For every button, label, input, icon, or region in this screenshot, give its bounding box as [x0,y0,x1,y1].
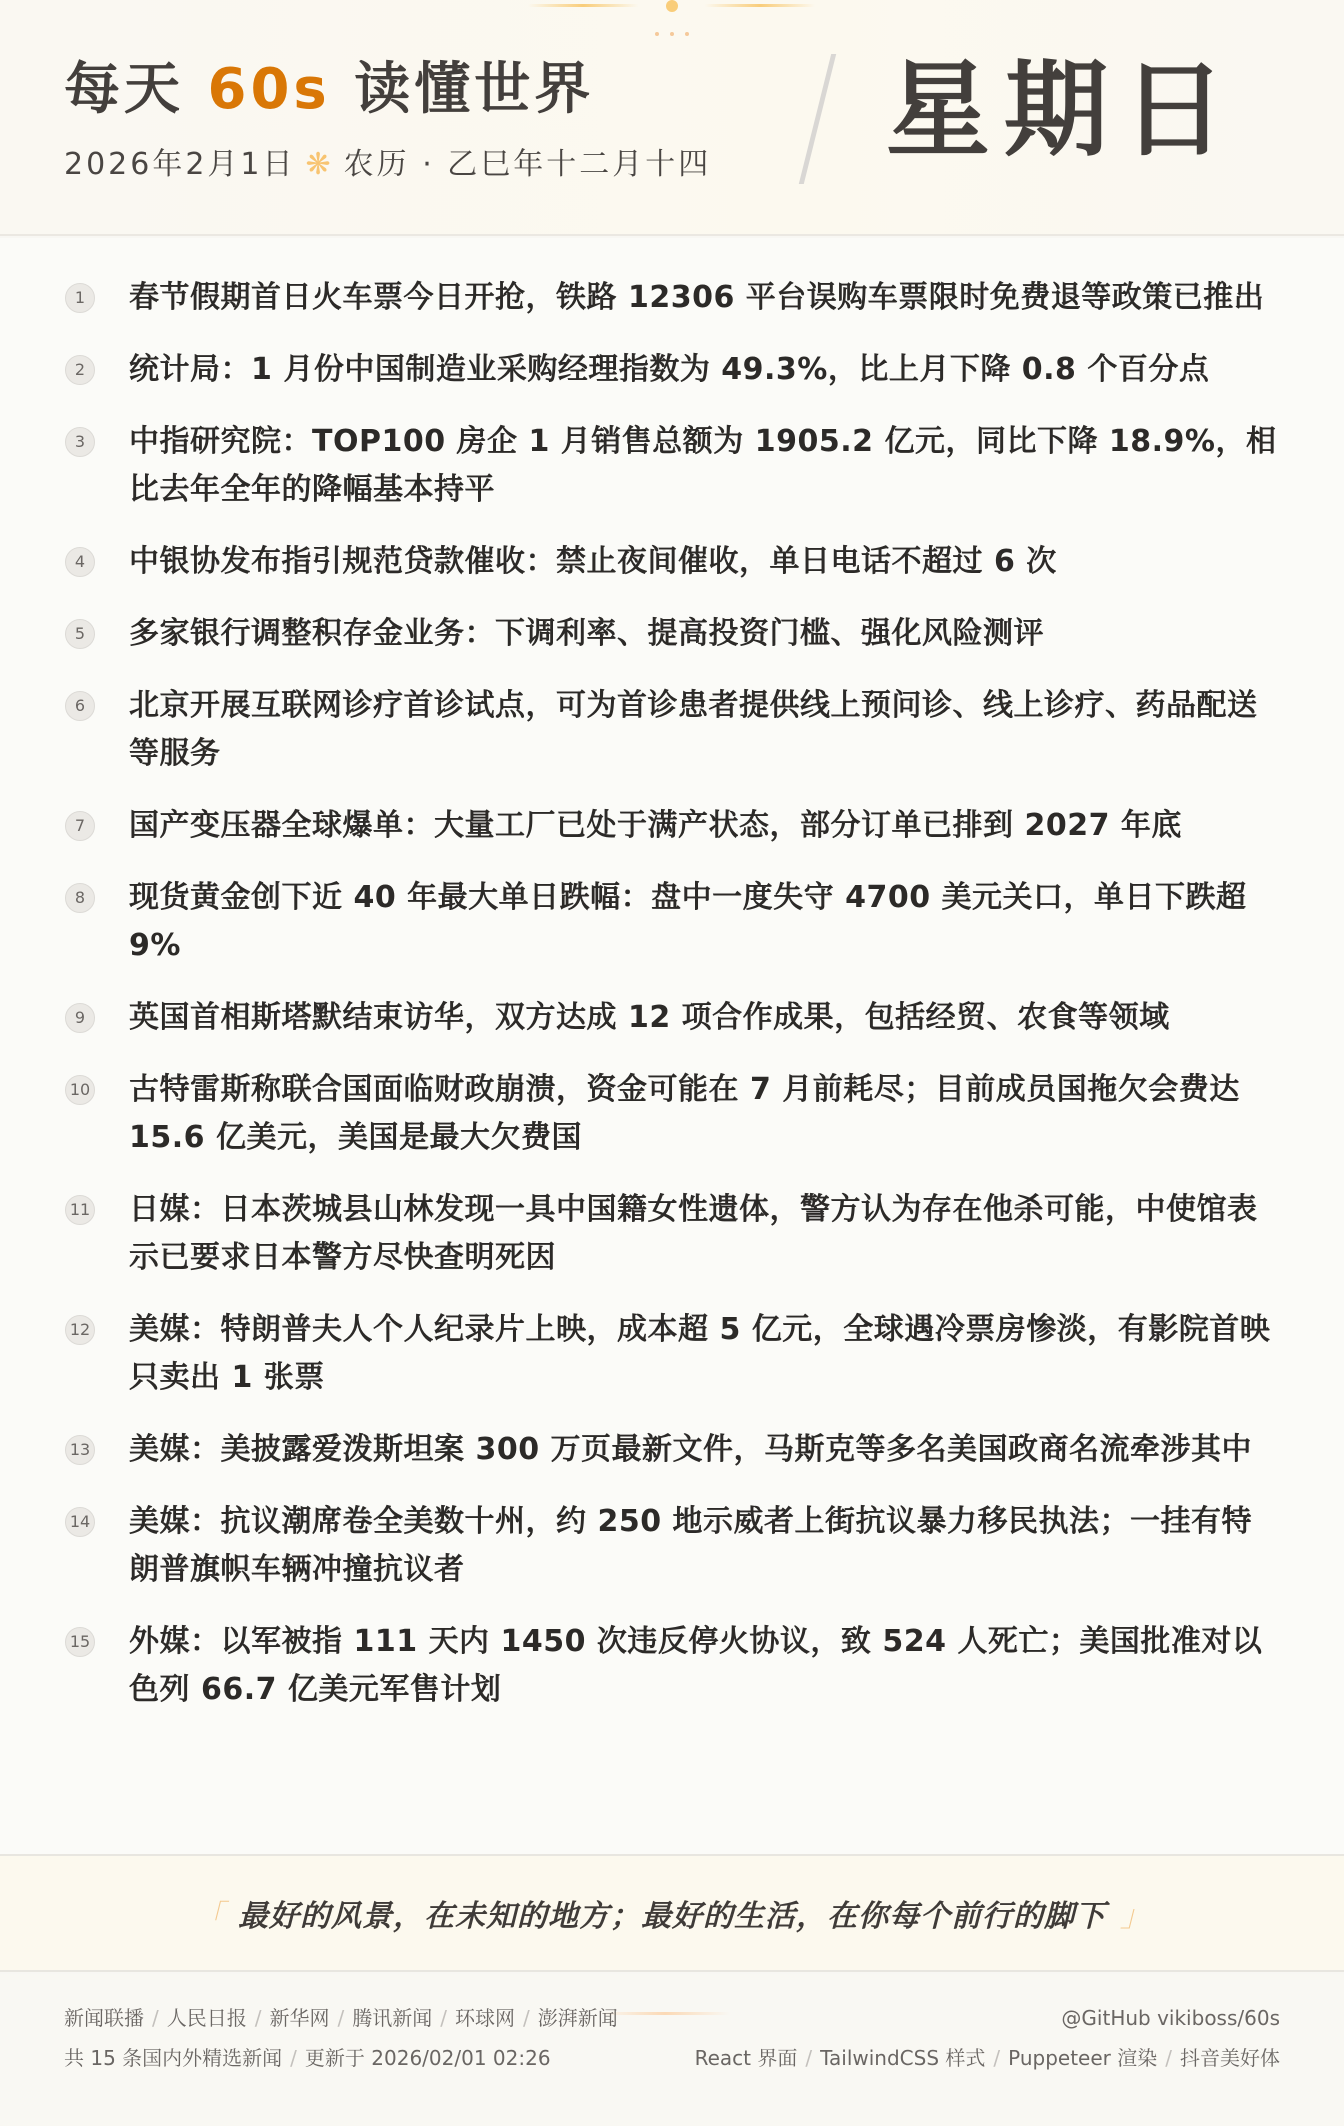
separator: / [338,2006,345,2030]
number-badge: 1 [65,283,95,313]
number-badge: 3 [65,427,95,457]
news-text: 多家银行调整积存金业务：下调利率、提高投资门槛、强化风险测评 [129,610,1279,658]
news-text: 北京开展互联网诊疗首诊试点，可为首诊患者提供线上预问诊、线上诊疗、药品配送等服务 [129,682,1279,778]
news-item: 2统计局：1 月份中国制造业采购经理指数为 49.3%，比上月下降 0.8 个百… [0,346,1344,394]
source-name: 人民日报 [167,2006,247,2030]
number-badge: 6 [65,691,95,721]
separator: / [993,2046,1000,2070]
number-badge: 14 [65,1507,95,1537]
news-text: 现货黄金创下近 40 年最大单日跌幅：盘中一度失守 4700 美元关口，单日下跌… [129,874,1279,970]
news-item: 3中指研究院：TOP100 房企 1 月销售总额为 1905.2 亿元，同比下降… [0,418,1344,514]
source-name: 新闻联播 [64,2006,144,2030]
news-text: 美媒：美披露爱泼斯坦案 300 万页最新文件，马斯克等多名美国政商名流牵涉其中 [129,1426,1279,1474]
separator: / [255,2006,262,2030]
decorative-sun-icon [666,0,678,12]
news-item: 11日媒：日本茨城县山林发现一具中国籍女性遗体，警方认为存在他杀可能，中使馆表示… [0,1186,1344,1282]
footer: 新闻联播/人民日报/新华网/腾讯新闻/环球网/澎湃新闻 共 15 条国内外精选新… [0,1974,1344,2126]
slash-divider [799,54,836,184]
news-item: 4中银协发布指引规范贷款催收：禁止夜间催收，单日电话不超过 6 次 [0,538,1344,586]
date: 2026年2月1日 [64,147,296,182]
quote-text: 最好的风景，在未知的地方；最好的生活，在你每个前行的脚下 [238,1891,1106,1935]
number-badge: 5 [65,619,95,649]
news-item: 7国产变压器全球爆单：大量工厂已处于满产状态，部分订单已排到 2027 年底 [0,802,1344,850]
separator: / [805,2046,812,2070]
decorative-dots [655,32,689,36]
news-item: 6北京开展互联网诊疗首诊试点，可为首诊患者提供线上预问诊、线上诊疗、药品配送等服… [0,682,1344,778]
news-count: 共 15 条国内外精选新闻 [64,2046,282,2070]
news-item: 8现货黄金创下近 40 年最大单日跌幅：盘中一度失守 4700 美元关口，单日下… [0,874,1344,970]
news-sources: 新闻联播/人民日报/新华网/腾讯新闻/环球网/澎湃新闻 [64,2004,618,2032]
tech-item: TailwindCSS 样式 [820,2046,985,2070]
news-text: 春节假期首日火车票今日开抢，铁路 12306 平台误购车票限时免费退等政策已推出 [129,274,1279,322]
news-item: 15外媒：以军被指 111 天内 1450 次违反停火协议，致 524 人死亡；… [0,1618,1344,1714]
news-text: 英国首相斯塔默结束访华，双方达成 12 项合作成果，包括经贸、农食等领域 [129,994,1279,1042]
decorative-line-left [528,4,638,7]
number-badge: 8 [65,883,95,913]
news-item: 13美媒：美披露爱泼斯坦案 300 万页最新文件，马斯克等多名美国政商名流牵涉其… [0,1426,1344,1474]
source-name: 环球网 [455,2006,515,2030]
page-title: 每天 60s 读懂世界 [64,52,594,128]
tech-item: React 界面 [695,2046,798,2070]
title-suffix: 读懂世界 [354,57,594,122]
separator: / [523,2006,530,2030]
quote-close-mark: 」 [1120,1891,1150,1935]
number-badge: 13 [65,1435,95,1465]
title-prefix: 每天 [64,57,184,122]
number-badge: 11 [65,1195,95,1225]
news-item: 5多家银行调整积存金业务：下调利率、提高投资门槛、强化风险测评 [0,610,1344,658]
separator: / [152,2006,159,2030]
header: 每天 60s 读懂世界 2026年2月1日❋农历 · 乙巳年十二月十四 星期日 [0,0,1344,236]
news-text: 美媒：特朗普夫人个人纪录片上映，成本超 5 亿元，全球遇冷票房惨淡，有影院首映只… [129,1306,1279,1402]
news-item: 10古特雷斯称联合国面临财政崩溃，资金可能在 7 月前耗尽；目前成员国拖欠会费达… [0,1066,1344,1162]
github-link[interactable]: @GitHub vikiboss/60s [1061,2004,1280,2032]
number-badge: 2 [65,355,95,385]
number-badge: 12 [65,1315,95,1345]
news-item: 9英国首相斯塔默结束访华，双方达成 12 项合作成果，包括经贸、农食等领域 [0,994,1344,1042]
news-text: 日媒：日本茨城县山林发现一具中国籍女性遗体，警方认为存在他杀可能，中使馆表示已要… [129,1186,1279,1282]
updated-time: 更新于 2026/02/01 02:26 [305,2046,551,2070]
news-text: 中指研究院：TOP100 房企 1 月销售总额为 1905.2 亿元，同比下降 … [129,418,1279,514]
tech-item: Puppeteer 渲染 [1008,2046,1157,2070]
star-icon: ❋ [306,147,334,182]
date-line: 2026年2月1日❋农历 · 乙巳年十二月十四 [64,145,711,185]
number-badge: 7 [65,811,95,841]
tech-item: 抖音美好体 [1180,2046,1280,2070]
news-item: 12美媒：特朗普夫人个人纪录片上映，成本超 5 亿元，全球遇冷票房惨淡，有影院首… [0,1306,1344,1402]
lunar-date: 农历 · 乙巳年十二月十四 [344,147,712,182]
number-badge: 15 [65,1627,95,1657]
number-badge: 4 [65,547,95,577]
news-item: 14美媒：抗议潮席卷全美数十州，约 250 地示威者上街抗议暴力移民执法；一挂有… [0,1498,1344,1594]
separator: / [440,2006,447,2030]
news-text: 外媒：以军被指 111 天内 1450 次违反停火协议，致 524 人死亡；美国… [129,1618,1279,1714]
quote-open-mark: 「 [194,1891,224,1935]
news-text: 国产变压器全球爆单：大量工厂已处于满产状态，部分订单已排到 2027 年底 [129,802,1279,850]
separator: / [290,2046,297,2070]
news-text: 古特雷斯称联合国面临财政崩溃，资金可能在 7 月前耗尽；目前成员国拖欠会费达 1… [129,1066,1279,1162]
decorative-line-right [705,4,815,7]
news-item: 1春节假期首日火车票今日开抢，铁路 12306 平台误购车票限时免费退等政策已推… [0,274,1344,322]
number-badge: 9 [65,1003,95,1033]
footer-decorative-line [600,2012,730,2015]
news-text: 统计局：1 月份中国制造业采购经理指数为 49.3%，比上月下降 0.8 个百分… [129,346,1279,394]
daily-quote: 「 最好的风景，在未知的地方；最好的生活，在你每个前行的脚下 」 [0,1854,1344,1972]
weekday: 星期日 [886,40,1240,180]
source-name: 澎湃新闻 [538,2006,618,2030]
tech-stack: React 界面/TailwindCSS 样式/Puppeteer 渲染/抖音美… [695,2044,1280,2072]
title-accent: 60s [208,57,331,122]
news-text: 美媒：抗议潮席卷全美数十州，约 250 地示威者上街抗议暴力移民执法；一挂有特朗… [129,1498,1279,1594]
news-meta: 共 15 条国内外精选新闻/更新于 2026/02/01 02:26 [64,2044,551,2072]
source-name: 腾讯新闻 [352,2006,432,2030]
number-badge: 10 [65,1075,95,1105]
news-list: 1春节假期首日火车票今日开抢，铁路 12306 平台误购车票限时免费退等政策已推… [0,238,1344,1854]
source-name: 新华网 [270,2006,330,2030]
news-text: 中银协发布指引规范贷款催收：禁止夜间催收，单日电话不超过 6 次 [129,538,1279,586]
separator: / [1165,2046,1172,2070]
